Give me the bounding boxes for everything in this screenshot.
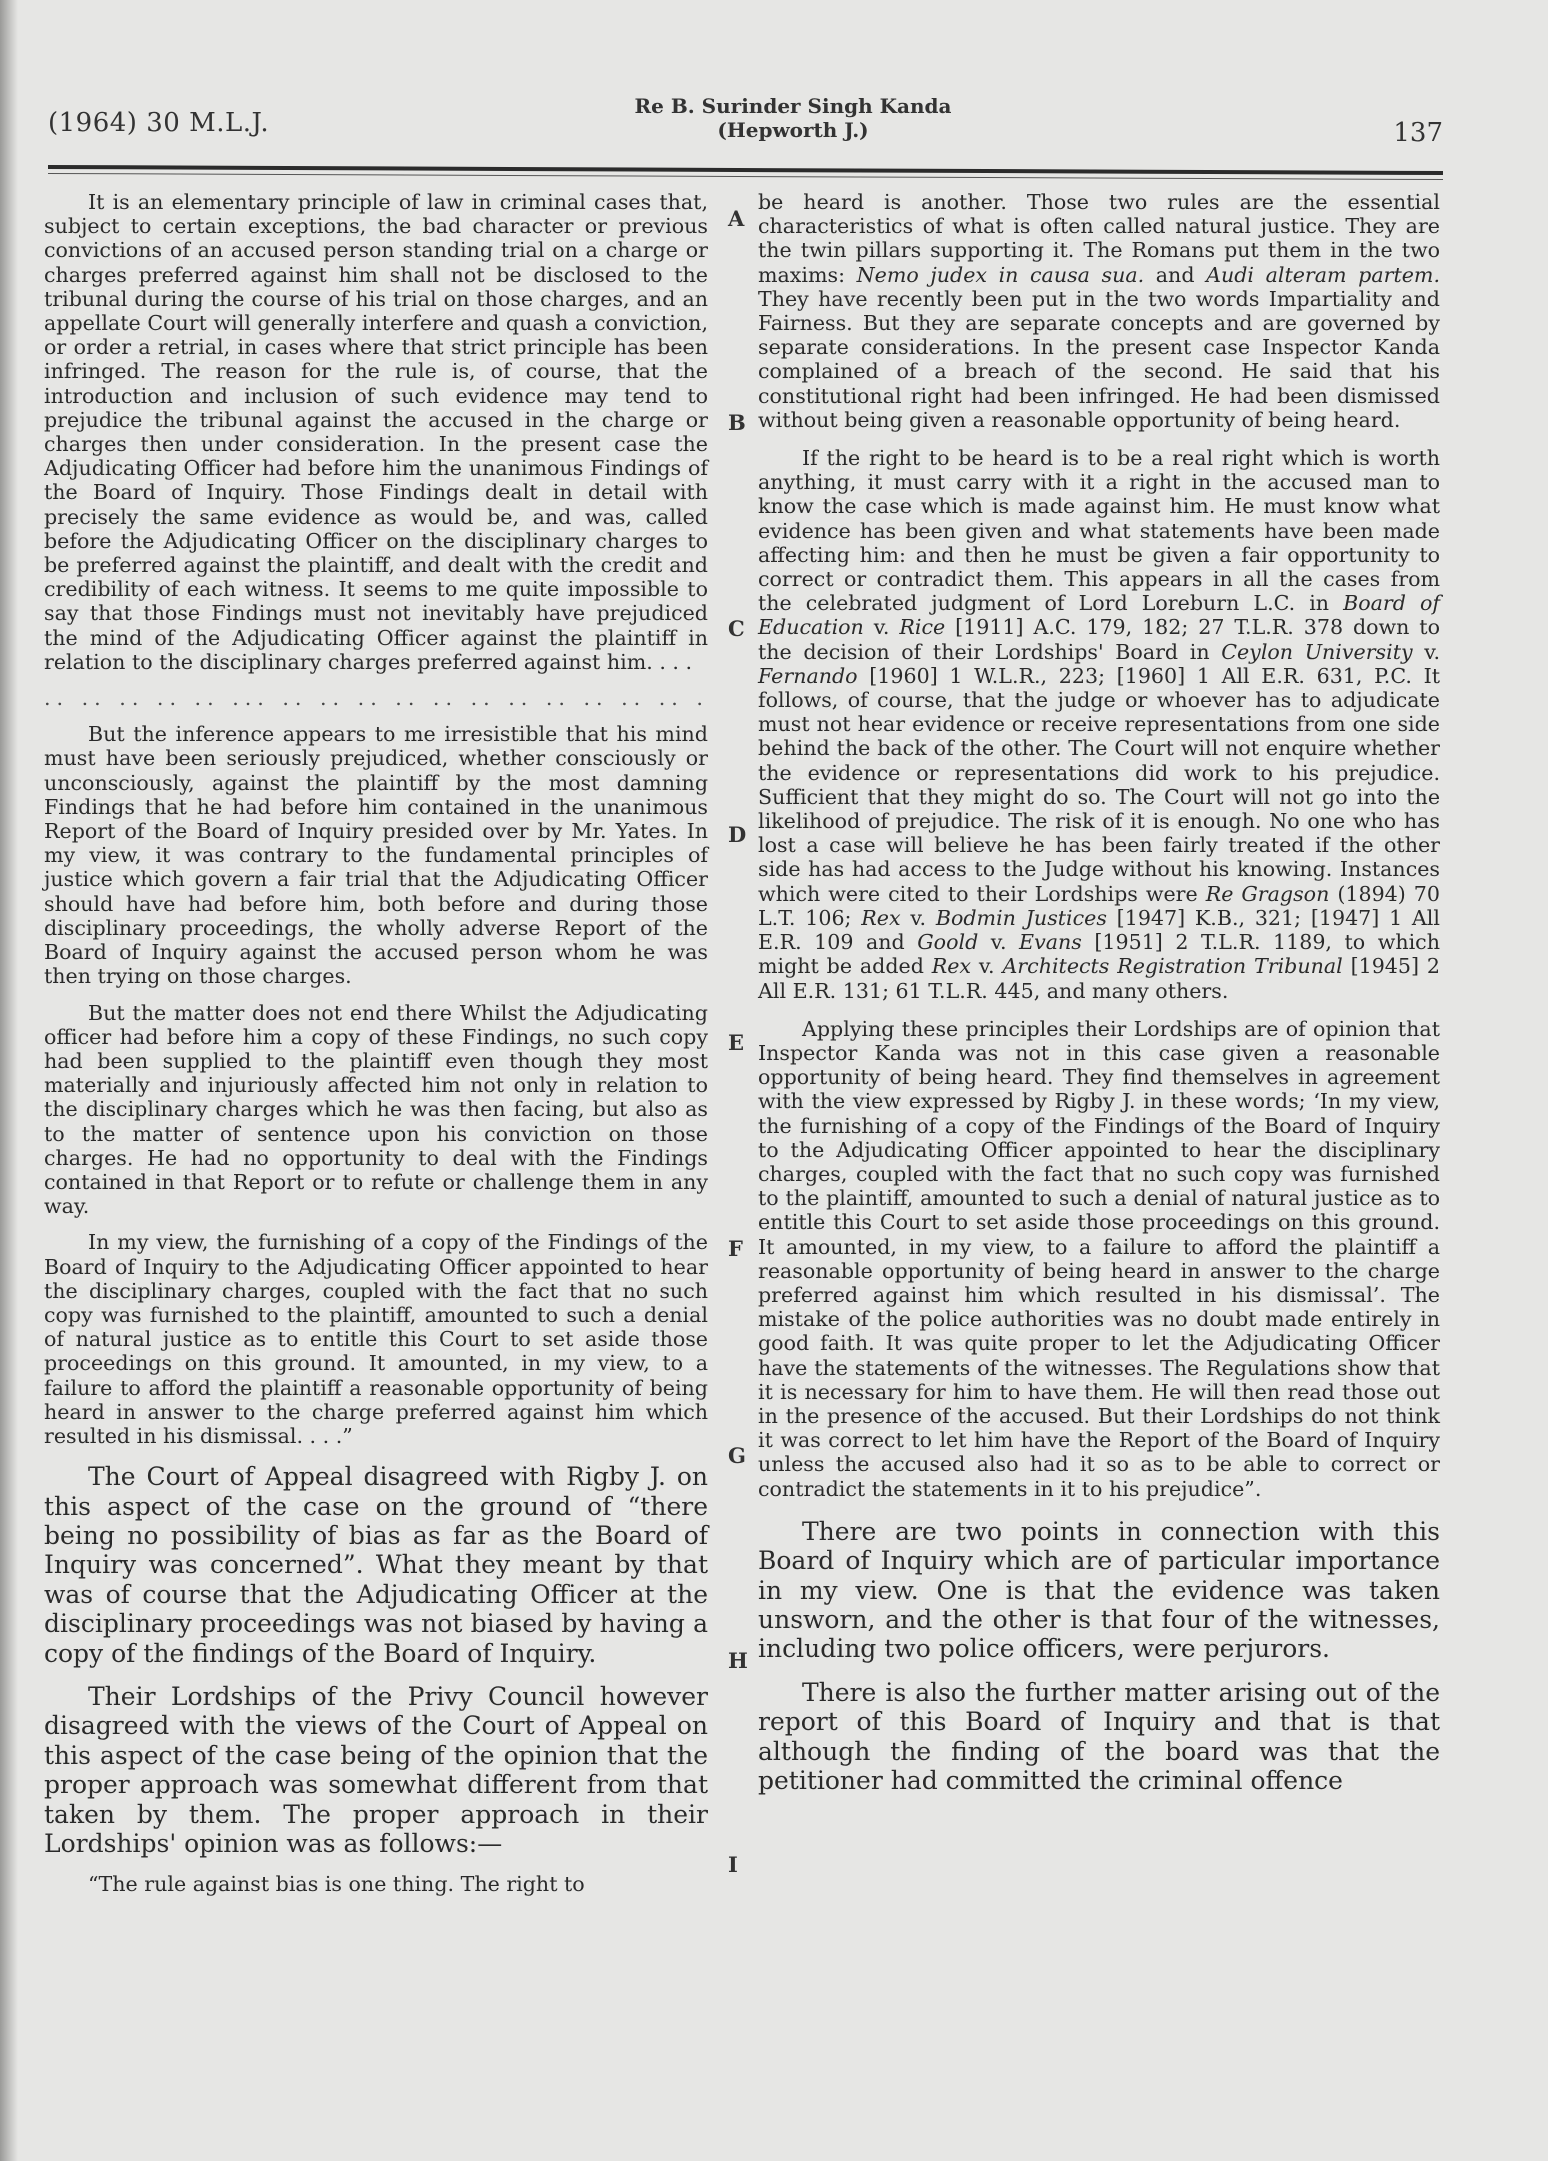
paragraph-applying-principles: Applying these principles their Lordship…	[758, 1017, 1440, 1501]
margin-letter-e: E	[728, 1030, 744, 1055]
page-number: 137	[1393, 118, 1443, 148]
paragraph-quote-rigby-1: It is an elementary principle of law in …	[44, 190, 708, 674]
case-title: Re B. Surinder Singh Kanda	[573, 94, 1013, 118]
margin-letter-h: H	[728, 1648, 748, 1673]
case-name: Bodmin Justices	[936, 906, 1107, 930]
margin-letter-a: A	[728, 206, 744, 231]
paragraph-quote-rigby-4: In my view, the furnishing of a copy of …	[44, 1230, 708, 1448]
paragraph-natural-justice: be heard is another. Those two rules are…	[758, 190, 1440, 432]
paragraph-court-of-appeal: The Court of Appeal disagreed with Rigby…	[44, 1462, 708, 1668]
margin-letter-g: G	[728, 1443, 746, 1468]
margin-letter-f: F	[728, 1236, 743, 1261]
case-name: Re Gragson	[1206, 882, 1330, 906]
case-name: Fernando	[758, 664, 858, 688]
margin-letter-b: B	[728, 410, 746, 435]
latin-maxim: Audi alteram partem.	[1206, 263, 1440, 287]
case-title-block: Re B. Surinder Singh Kanda (Hepworth J.)	[573, 94, 1013, 142]
case-name: Rex	[861, 906, 900, 930]
paragraph-privy-council-quote-start: “The rule against bias is one thing. The…	[44, 1872, 708, 1896]
paragraph-two-points: There are two points in connection with …	[758, 1517, 1440, 1664]
right-column: be heard is another. Those two rules are…	[758, 190, 1440, 1795]
case-name: Architects Registration Tribunal	[1002, 954, 1342, 978]
case-name: Rex	[932, 954, 971, 978]
latin-maxim: Nemo judex in causa sua.	[857, 263, 1145, 287]
ellipsis-divider: .. .. .. .. .. ... .. .. .. .. .. .. .. …	[44, 686, 708, 710]
paragraph-quote-rigby-2: But the inference appears to me irresist…	[44, 722, 708, 988]
running-header: (1964) 30 M.L.J. Re B. Surinder Singh Ka…	[48, 98, 1443, 164]
page-edge-shadow	[0, 0, 18, 2161]
margin-letter-c: C	[728, 616, 745, 641]
paragraph-privy-council: Their Lordships of the Privy Council how…	[44, 1682, 708, 1858]
case-name: Rice	[899, 615, 945, 639]
case-name: Goold	[917, 930, 978, 954]
case-name: Ceylon University	[1221, 640, 1412, 664]
paragraph-further-matter: There is also the further matter arising…	[758, 1678, 1440, 1796]
case-name: Evans	[1019, 930, 1082, 954]
judge-name: (Hepworth J.)	[573, 118, 1013, 142]
left-column: It is an elementary principle of law in …	[44, 190, 708, 1897]
paragraph-right-to-be-heard: If the right to be heard is to be a real…	[758, 446, 1440, 1003]
journal-citation: (1964) 30 M.L.J.	[48, 108, 269, 138]
margin-letter-d: D	[728, 822, 746, 847]
margin-letter-i: I	[728, 1852, 738, 1877]
paragraph-quote-rigby-3: But the matter does not end there Whilst…	[44, 1001, 708, 1219]
